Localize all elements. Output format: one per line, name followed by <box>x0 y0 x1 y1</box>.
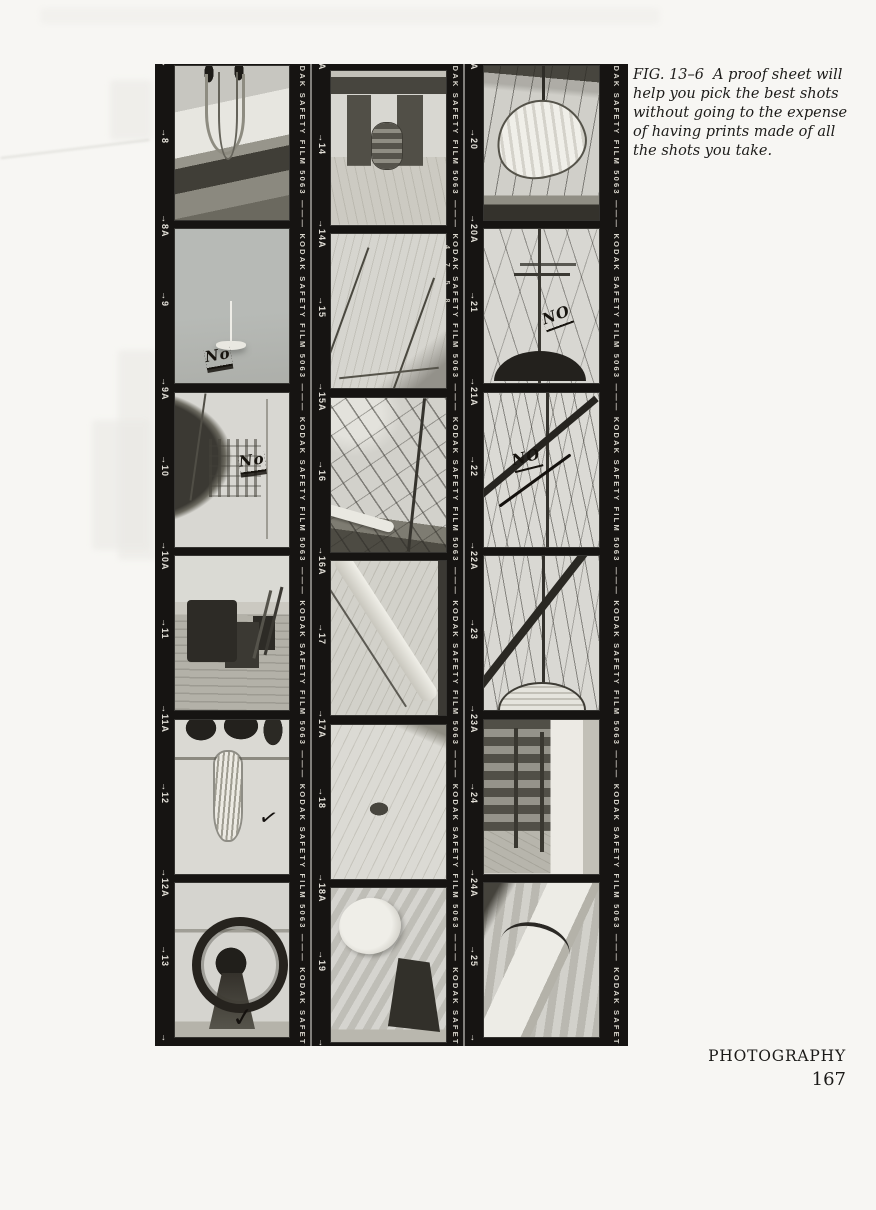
film-strip-separator <box>310 64 312 1046</box>
handwritten-note: No <box>238 450 266 473</box>
film-edge-text: KODAK SAFETY FILM 5063 ——— KODAK SAFETY … <box>450 64 460 1046</box>
frame-number-partial: → <box>468 1033 479 1043</box>
frame-photo-11 <box>175 556 289 710</box>
frame-number-partial: 13A <box>316 64 327 71</box>
frame-number-label: →12 <box>159 782 170 804</box>
handwritten-note: NO <box>539 302 573 331</box>
frame-photo-18 <box>331 725 446 879</box>
frame-photo-15 <box>331 234 446 388</box>
handwritten-note: No <box>203 344 232 368</box>
proof-sheet: KODAK SAFETY FILM 5063 ——— KODAK SAFETY … <box>155 64 628 1046</box>
running-head: PHOTOGRAPHY <box>708 1047 846 1065</box>
frame-number-label: →10 <box>159 455 170 477</box>
frame-number-label: →21A <box>468 377 479 407</box>
check-mark: ✓ <box>257 804 281 833</box>
handwritten-note-text: No <box>203 344 232 368</box>
page-show-through <box>92 420 150 550</box>
frame-photo-14 <box>331 71 446 225</box>
frame-number-label: →22A <box>468 541 479 571</box>
frame-number-label: →18A <box>316 873 327 903</box>
frame-number-label: →17 <box>316 623 327 645</box>
frame-number-label: →16A <box>316 546 327 576</box>
figure-caption: FIG. 13–6A proof sheet will help you pic… <box>633 66 859 161</box>
frame-photo-19 <box>331 888 446 1042</box>
frame-photo-13: ✓ <box>175 883 289 1037</box>
frame-number-label: →14 <box>316 133 327 155</box>
page-show-through <box>110 80 152 140</box>
frame-number-label: →20 <box>468 128 479 150</box>
frame-number-label: →15 <box>316 296 327 318</box>
frame-number-label: →16 <box>316 460 327 482</box>
frame-photo-10: No <box>175 393 289 547</box>
frame-number-label: →15A <box>316 382 327 412</box>
page-number: 167 <box>812 1069 846 1090</box>
handwritten-note-text: NO <box>510 445 543 471</box>
frame-number-label: →8A <box>159 214 170 238</box>
frame-number-label: →19 <box>316 950 327 972</box>
page-show-through <box>0 139 149 159</box>
frame-number-label: →9A <box>159 377 170 401</box>
frame-number-label: →24 <box>468 782 479 804</box>
frame-number-partial: → <box>159 1033 170 1043</box>
frame-number-label: →18 <box>316 787 327 809</box>
film-edge-text: KODAK SAFETY FILM 5063 ——— KODAK SAFETY … <box>611 64 621 1046</box>
frame-number-label: →8 <box>159 128 170 144</box>
frame-photo-12: ✓ <box>175 720 289 874</box>
page-show-through <box>40 8 660 24</box>
frame-photo-16 <box>331 398 446 552</box>
handwritten-note-text: NO <box>539 302 573 331</box>
check-mark: ✓ <box>230 1002 255 1034</box>
frame-number-label: →11A <box>159 704 170 733</box>
handwritten-note: NO <box>510 445 543 471</box>
handwritten-note-text: No <box>238 450 266 473</box>
frame-photo-20 <box>484 66 599 220</box>
frame-number-label: →17A <box>316 709 327 739</box>
frame-photo-25 <box>484 883 599 1037</box>
frame-number-label: →11 <box>159 618 170 640</box>
frame-number-partial: → <box>316 1038 327 1046</box>
frame-number-label: →9 <box>159 291 170 307</box>
frame-photo-17 <box>331 561 446 715</box>
frame-number-label: →14A <box>316 219 327 249</box>
frame-photo-22: NO <box>484 393 599 547</box>
figure-caption-label: FIG. 13–6 <box>633 67 704 83</box>
frame-number-label: →21 <box>468 291 479 313</box>
frame-photo-24 <box>484 720 599 874</box>
frame-number-partial: → <box>159 64 170 68</box>
frame-number-label: →10A <box>159 541 170 571</box>
frame-number-label: →12A <box>159 868 170 898</box>
frame-photo-9: No <box>175 229 289 383</box>
frame-number-label: →25 <box>468 945 479 967</box>
frame-photo-21: NO <box>484 229 599 383</box>
film-strip-separator <box>463 64 465 1046</box>
book-page: KODAK SAFETY FILM 5063 ——— KODAK SAFETY … <box>0 0 876 1210</box>
frame-number-label: →20A <box>468 214 479 244</box>
frame-number-label: →13 <box>159 945 170 967</box>
frame-photo-23 <box>484 556 599 710</box>
film-edge-text: KODAK SAFETY FILM 5063 ——— KODAK SAFETY … <box>297 64 307 1046</box>
frame-number-label: →23A <box>468 704 479 734</box>
frame-number-label: →23 <box>468 618 479 640</box>
frame-number-label: →24A <box>468 868 479 898</box>
frame-number-label: →22 <box>468 455 479 477</box>
frame-number-partial: 19A <box>468 64 479 71</box>
frame-photo-8 <box>175 66 289 220</box>
